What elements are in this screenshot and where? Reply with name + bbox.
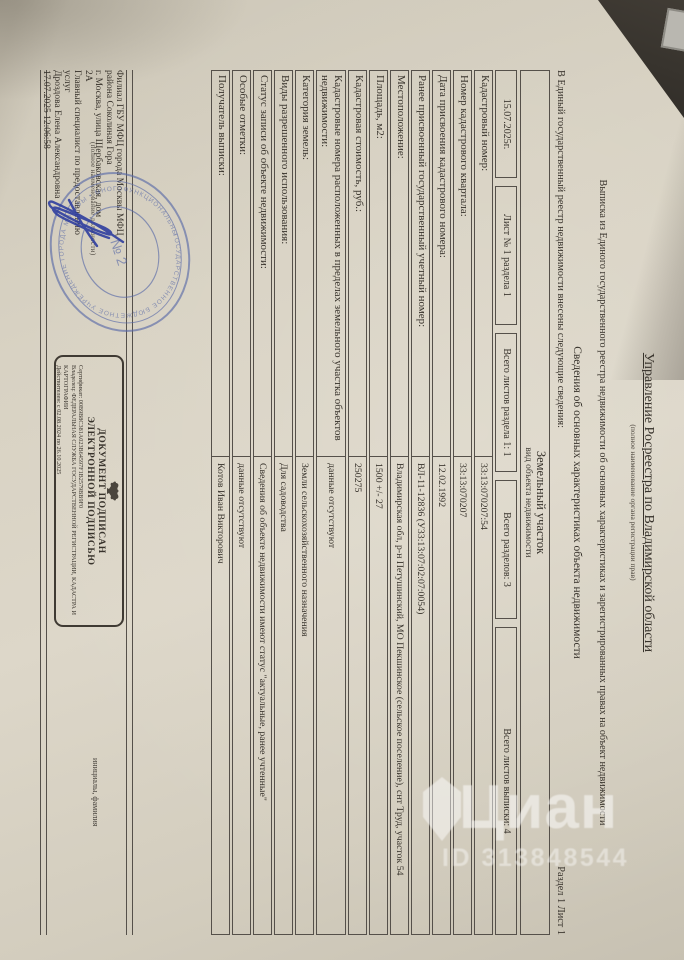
- sheet-number: Лист № 1 раздела 1: [495, 186, 517, 325]
- watermark-id: ID 313848544: [442, 844, 629, 873]
- signature-scribble: [41, 172, 131, 272]
- esign-box: ДОКУМЕНТ ПОДПИСАН ЭЛЕКТРОННОЙ ПОДПИСЬЮ С…: [54, 355, 124, 627]
- photo-of-document: { "document": { "header": { "authority":…: [0, 0, 684, 960]
- esign-owner: Владелец: ФЕДЕРАЛЬНАЯ СЛУЖБА ГОСУДАРСТВЕ…: [62, 365, 77, 617]
- sheets-total: Всего листов раздела 1: 1: [495, 333, 517, 472]
- table-row: Получатель выписки: Котов Иван Викторови…: [211, 70, 230, 935]
- intro-text: В Единый государственный реестр недвижим…: [555, 70, 566, 428]
- table-row: Площадь, м2: 1500 +/- 27: [369, 70, 388, 935]
- table-row: Кадастровые номера расположенных в преде…: [316, 70, 346, 935]
- name-underline-label: инициалы, фамилия: [91, 758, 100, 826]
- sections-total: Всего разделов: 3: [495, 480, 517, 619]
- esign-certificate: Сертификат: 00B9B8C381A023B64597F1B2579B…: [77, 365, 84, 617]
- cian-watermark: Циан ID 313848544: [395, 752, 675, 882]
- table-row: Виды разрешенного использования: Для сад…: [274, 70, 293, 935]
- table-row: Категория земель: Земли сельскохозяйстве…: [295, 70, 314, 935]
- coat-of-arms-icon: [106, 481, 119, 501]
- table-row: Кадастровая стоимость, руб.: 250275: [348, 70, 367, 935]
- esign-title-1: ДОКУМЕНТ ПОДПИСАН: [95, 365, 106, 617]
- watermark-brand: Циан: [459, 772, 618, 843]
- table-row: Статус записи об объекте недвижимости: С…: [253, 70, 272, 935]
- table-row: Особые отметки: данные отсутствуют: [232, 70, 251, 935]
- esign-title-2: ЭЛЕКТРОННОЙ ПОДПИСЬЮ: [84, 365, 95, 617]
- esign-validity: Действителен: с 02.08.2024 по 26.10.2025: [54, 365, 61, 617]
- paper-edge-shadow: [594, 100, 684, 380]
- extract-date: 15.07.2025г.: [495, 70, 517, 178]
- cian-house-icon: [423, 777, 461, 841]
